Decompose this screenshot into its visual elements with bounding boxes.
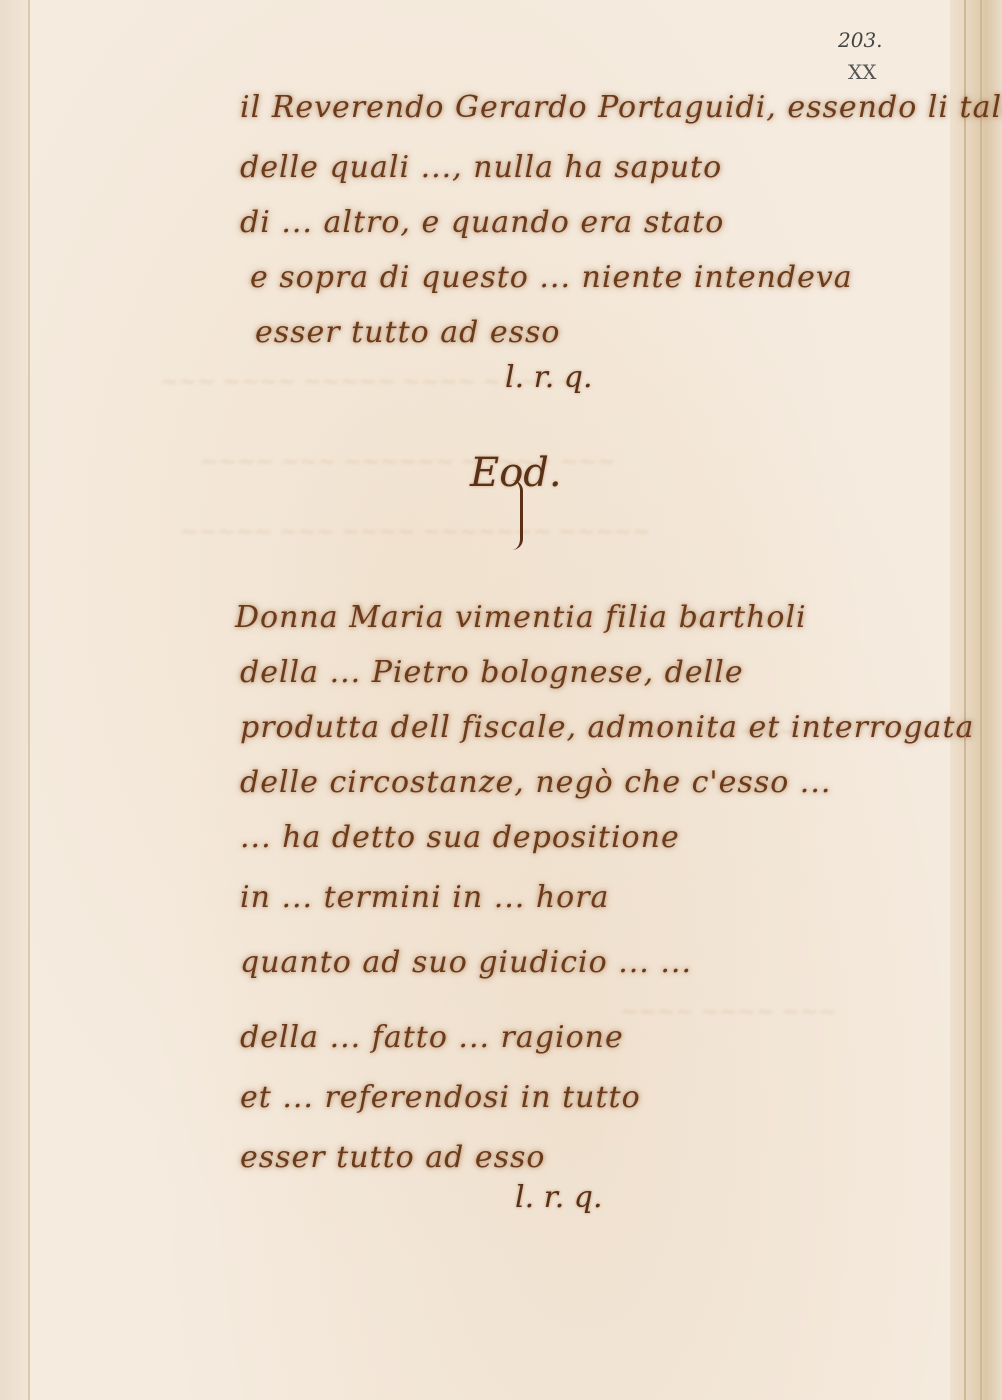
left-page-margin: [0, 0, 30, 1400]
heading-flourish: [512, 480, 523, 550]
bleed-through-text: ~~~~ ~~~~ ~~~: [620, 1000, 837, 1025]
bleed-through-text: ~~~~~ ~~~ ~~~~ ~~~~~~~ ~~~~~: [180, 520, 650, 545]
page-edge-stack: [950, 0, 1002, 1400]
text-line: Donna Maria vimentia filia bartholi: [235, 600, 807, 635]
text-line: et ... referendosi in tutto: [240, 1080, 641, 1115]
text-line: delle quali ..., nulla ha saputo: [240, 150, 722, 185]
signature-mark: l. r. q.: [505, 360, 593, 395]
folio-number: 203.: [838, 28, 883, 52]
text-line: e sopra di questo ... niente intendeva: [250, 260, 853, 295]
page-edge-line: [980, 0, 982, 1400]
text-line: delle circostanze, negò che c'esso ...: [240, 765, 831, 800]
text-line: in ... termini in ... hora: [240, 880, 609, 915]
signature-mark: l. r. q.: [515, 1180, 603, 1215]
text-line: della ... fatto ... ragione: [240, 1020, 624, 1055]
text-line: il Reverendo Gerardo Portaguidi, essendo…: [240, 90, 1002, 125]
text-line: della ... Pietro bolognese, delle: [240, 655, 744, 690]
page-edge-line: [964, 0, 966, 1400]
text-line: ... ha detto sua depositione: [240, 820, 680, 855]
text-line: esser tutto ad esso: [255, 315, 561, 350]
text-line: quanto ad suo giudicio ... ...: [240, 945, 692, 980]
text-line: produtta dell fiscale, admonita et inter…: [240, 710, 974, 745]
text-line: di ... altro, e quando era stato: [240, 205, 724, 240]
text-line: esser tutto ad esso: [240, 1140, 546, 1175]
folio-mark: XX: [848, 60, 876, 84]
